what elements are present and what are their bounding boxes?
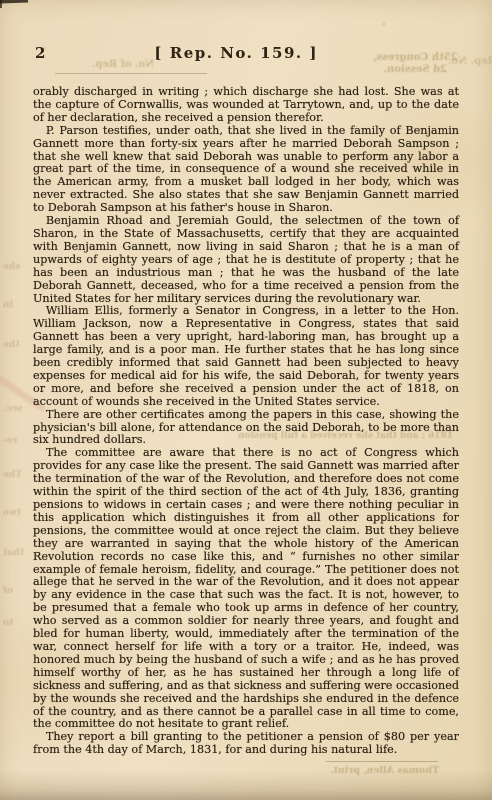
bleedthrough-margin-fragment: she — [3, 262, 20, 272]
paragraph-continuation: orably discharged in writing ; which dis… — [33, 86, 459, 125]
bleedthrough-margin-fragment: of — [3, 586, 13, 596]
bleedthrough-margin-fragment: that — [3, 548, 24, 558]
bleedthrough-header-rule — [55, 73, 207, 74]
bleedthrough-margin-fragment: the — [3, 340, 19, 350]
bleedthrough-margin-fragment: sec. — [3, 404, 22, 414]
report-body: orably discharged in writing ; which dis… — [33, 86, 459, 757]
paragraph-selectmen-certificate: Benjamin Rhoad and Jeremiah Gould, the s… — [33, 215, 459, 305]
page-number: 2 — [35, 44, 46, 62]
bleedthrough-margin-fragment: The — [3, 470, 22, 480]
scanned-report-page: 2 [ Rep. No. 159. ] 25th Congress, 2d Se… — [0, 0, 492, 800]
paragraph-physician-bill: There are other certificates among the p… — [33, 409, 459, 448]
paragraph-ellis-letter: William Ellis, formerly a Senator in Con… — [33, 305, 459, 408]
bleedthrough-margin-fragment: in — [3, 300, 13, 310]
bleedthrough-margin-fragment: two — [3, 508, 21, 518]
bleedthrough-margin-fragment: to — [3, 618, 13, 628]
paragraph-committee-opinion: The committee are aware that there is no… — [33, 447, 459, 731]
paragraph-parson-testimony: P. Parson testifies, under oath, that sh… — [33, 125, 459, 215]
scan-edge-mark — [0, 0, 28, 4]
bleedthrough-margin-fragment: re- — [3, 436, 17, 446]
bleedthrough-printer-imprint: Thomas Allen, print. — [330, 765, 439, 776]
report-number-title: [ Rep. No. 159. ] — [154, 44, 318, 62]
scan-edge-mark-vertical — [0, 0, 2, 8]
paragraph-bill-report: They report a bill granting to the petit… — [33, 731, 459, 757]
bleedthrough-printer-rule — [326, 761, 438, 762]
page-header: 2 [ Rep. No. 159. ] — [33, 44, 459, 66]
